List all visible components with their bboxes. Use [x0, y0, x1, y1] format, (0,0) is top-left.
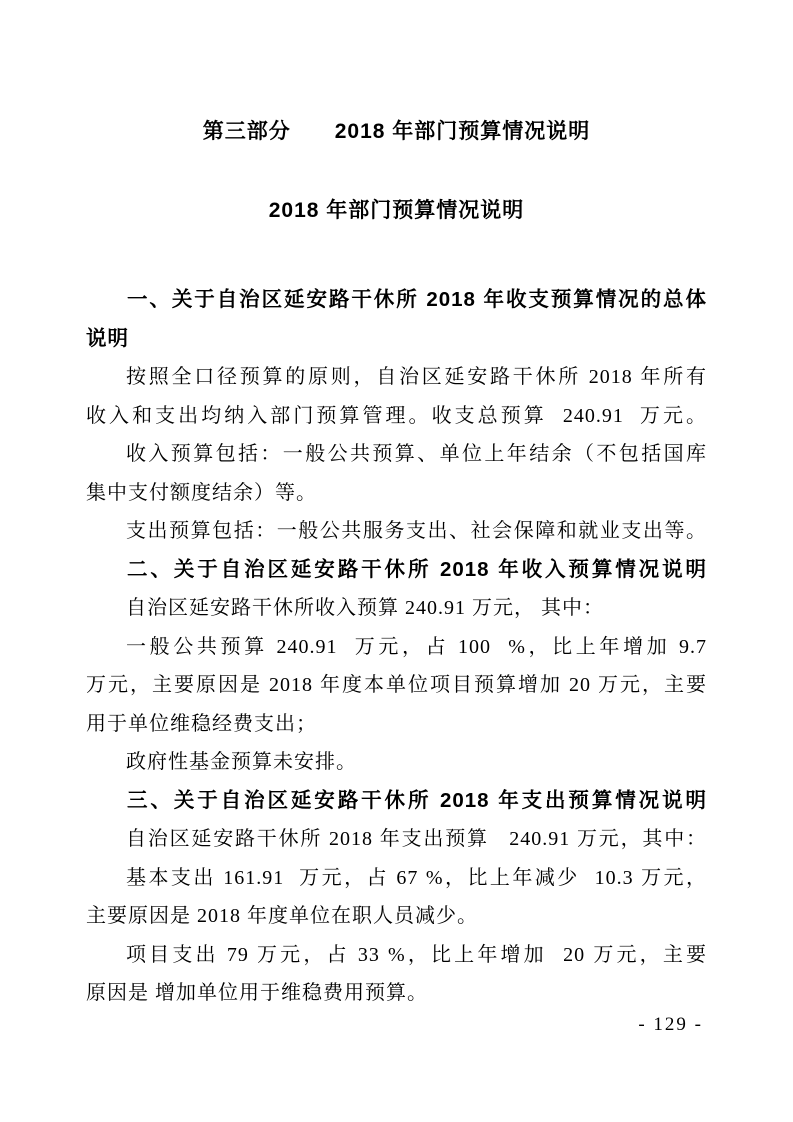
section-heading-line: 三、关于自治区延安路干休所 2018 年支出预算情况说明 [86, 782, 707, 821]
document-subtitle: 2018 年部门预算情况说明 [86, 197, 707, 225]
paragraph-line: 自治区延安路干休所收入预算 240.91 万元， 其中： [86, 589, 707, 628]
paragraph-line: 主要原因是 2018 年度单位在职人员减少。 [86, 897, 707, 936]
paragraph-line: 用于单位维稳经费支出； [86, 705, 707, 744]
section-heading-line: 说明 [86, 320, 707, 359]
paragraph-line: 万元，主要原因是 2018 年度本单位项目预算增加 20 万元，主要 [86, 666, 707, 705]
paragraph-line: 原因是 增加单位用于维稳费用预算。 [86, 974, 707, 1013]
paragraph-line: 政府性基金预算未安排。 [86, 743, 707, 782]
paragraph-line: 项目支出 79 万元，占 33 %，比上年增加 20 万元，主要 [86, 936, 707, 975]
document-content: 第三部分 2018 年部门预算情况说明 2018 年部门预算情况说明 一、关于自… [86, 0, 707, 1013]
document-body: 一、关于自治区延安路干休所 2018 年收支预算情况的总体说明按照全口径预算的原… [86, 281, 707, 1013]
paragraph-line: 一般公共预算 240.91 万元，占 100 %，比上年增加 9.7 [86, 628, 707, 667]
paragraph-line: 收入预算包括：一般公共预算、单位上年结余（不包括国库 [86, 435, 707, 474]
paragraph-line: 按照全口径预算的原则，自治区延安路干休所 2018 年所有 [86, 358, 707, 397]
document-page: 第三部分 2018 年部门预算情况说明 2018 年部门预算情况说明 一、关于自… [0, 0, 793, 1122]
paragraph-line: 支出预算包括：一般公共服务支出、社会保障和就业支出等。 [86, 512, 707, 551]
page-number: - 129 - [638, 1012, 703, 1038]
paragraph-line: 自治区延安路干休所 2018 年支出预算 240.91 万元，其中： [86, 820, 707, 859]
paragraph-line: 基本支出 161.91 万元，占 67 %，比上年减少 10.3 万元， [86, 859, 707, 898]
paragraph-line: 集中支付额度结余）等。 [86, 474, 707, 513]
paragraph-line: 收入和支出均纳入部门预算管理。收支总预算 240.91 万元。 [86, 397, 707, 436]
section-heading-line: 二、关于自治区延安路干休所 2018 年收入预算情况说明 [86, 551, 707, 590]
part-title: 第三部分 2018 年部门预算情况说明 [86, 118, 707, 146]
section-heading-line: 一、关于自治区延安路干休所 2018 年收支预算情况的总体 [86, 281, 707, 320]
